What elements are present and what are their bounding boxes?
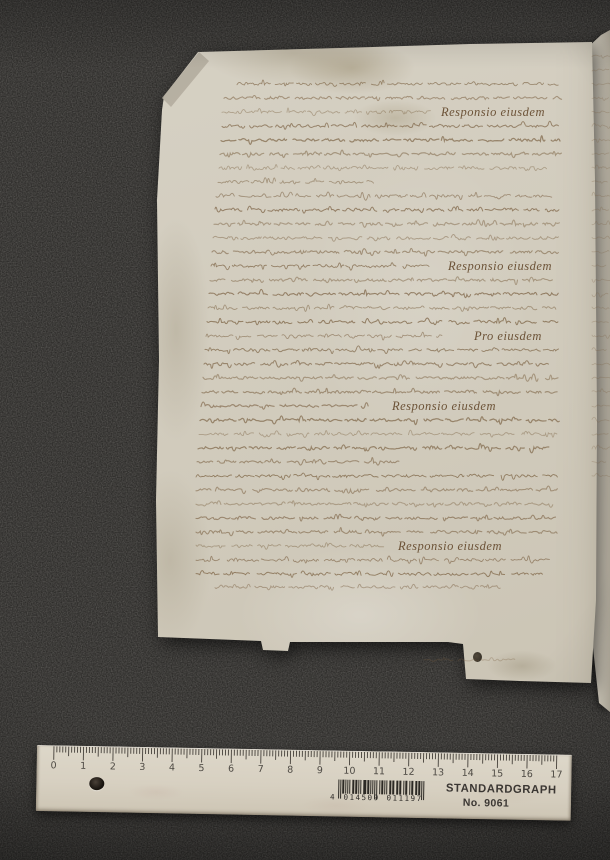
ruler-number: 0	[50, 760, 56, 771]
barcode: 4 014509 011197	[330, 779, 427, 813]
ruler-number: 9	[317, 765, 323, 776]
ruler-number: 15	[491, 768, 503, 779]
ruler-number: 14	[462, 768, 474, 779]
barcode-digits: 4 014509 011197	[330, 792, 426, 803]
svg-text:Responsio eiusdem: Responsio eiusdem	[440, 105, 545, 119]
ruler: 01234567891011121314151617 4 014509 0111…	[36, 745, 572, 821]
ruler-number: 8	[287, 765, 293, 776]
ruler-number: 12	[402, 767, 414, 778]
ruler-number: 2	[110, 761, 116, 772]
ruler-number: 16	[521, 769, 533, 780]
ruler-number: 4	[169, 762, 175, 773]
manuscript-photo: Responsio eiusdemResponsio eiusdemPro ei…	[0, 0, 610, 860]
svg-text:Pro eiusdem: Pro eiusdem	[473, 329, 542, 343]
ruler-number: 13	[432, 767, 444, 778]
ruler-hole	[89, 777, 104, 790]
barcode-digit-right: 011197	[383, 793, 426, 803]
ruler-number: 11	[373, 766, 385, 777]
ruler-model-label: No. 9061	[436, 796, 536, 810]
ruler-number: 6	[228, 764, 234, 775]
manuscript-text-layer: Responsio eiusdemResponsio eiusdemPro ei…	[0, 0, 610, 860]
ruler-number: 5	[198, 763, 204, 774]
barcode-digit-lead: 4	[330, 792, 340, 801]
ruler-brand-label: STANDARDGRAPH	[437, 782, 565, 796]
ruler-number: 7	[258, 764, 264, 775]
svg-text:Responsio eiusdem: Responsio eiusdem	[391, 399, 496, 413]
svg-text:Responsio eiusdem: Responsio eiusdem	[447, 259, 552, 273]
ruler-number: 1	[80, 761, 86, 772]
ruler-number: 3	[139, 762, 145, 773]
ruler-number: 10	[343, 766, 355, 777]
svg-text:Responsio eiusdem: Responsio eiusdem	[397, 539, 502, 553]
barcode-digit-left: 014509	[340, 793, 383, 803]
ruler-number: 17	[550, 769, 562, 780]
